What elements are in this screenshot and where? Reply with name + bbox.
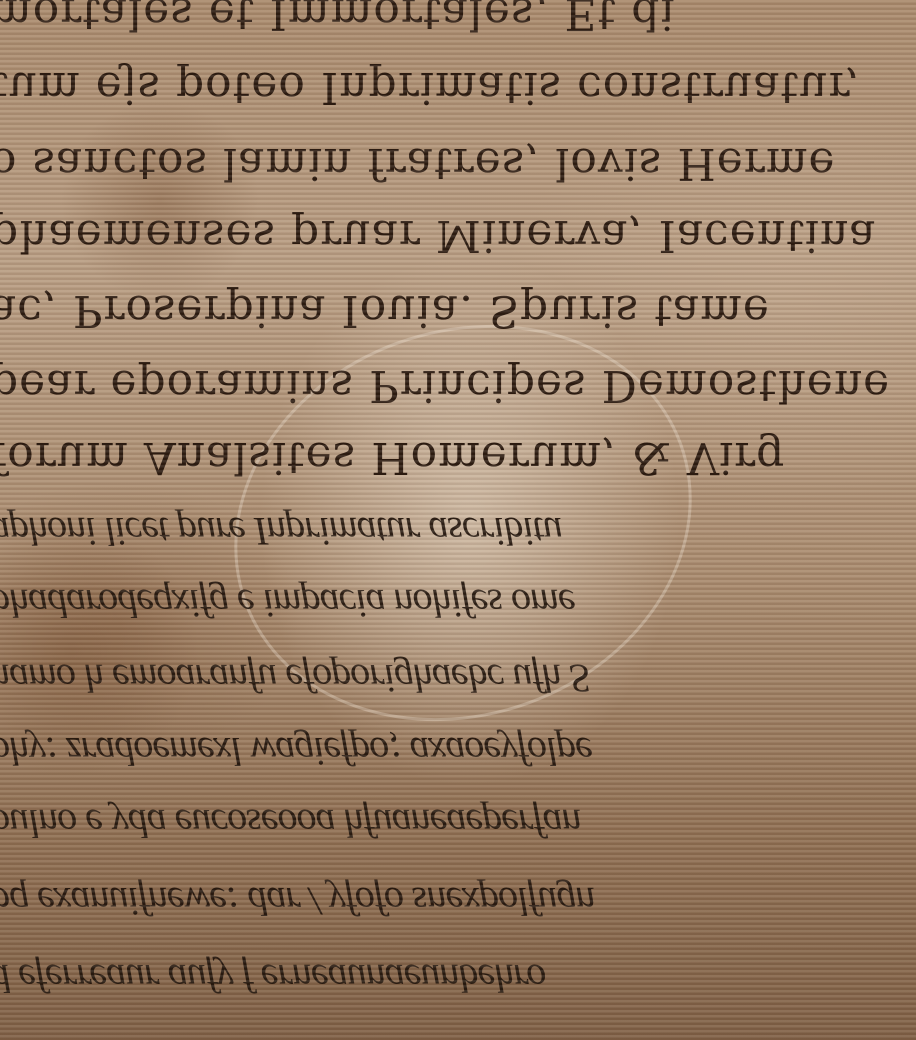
printed-line: mortales et Immortales, Et di [0, 0, 676, 39]
printed-line: pear eporamins Principes Demosthene [0, 360, 890, 411]
printed-line: o sanctos lamin fratres, lovis Herme [0, 138, 836, 189]
script-line: phadarodeqxifg e impacia nohifes ome [0, 580, 575, 627]
script-line: aphoni licet pure Inprimatur ascribitu [0, 508, 562, 555]
printed-line: ac, Proserpina Iouia. Spuris tame [0, 285, 770, 336]
script-line: namo h emoaranfu efoporighaebc ufh S [0, 655, 588, 702]
script-line: bq exanuifnewe: dar / yfofo snexpolfugn [0, 878, 594, 925]
script-line: oulno e yda eucoseooa hfuaneaeperfan [0, 800, 581, 847]
script-line: d eferreaur aufy f erneaunaeunbehro [0, 955, 545, 1002]
text-lines: mortales et Immortales, Et di tum ejs po… [0, 0, 916, 1040]
printed-line: phaemenses pruar Minerva, Iacentina [0, 210, 876, 261]
parchment-photo: mortales et Immortales, Et di tum ejs po… [0, 0, 916, 1040]
printed-line: forum Analsites Homerum, & Virg [0, 432, 785, 483]
printed-line: tum ejs poteo Inprimatis construatur, [0, 62, 861, 113]
script-line: ohy: zradoemexl wagiefpo; axaoeyfolpe [0, 728, 592, 775]
